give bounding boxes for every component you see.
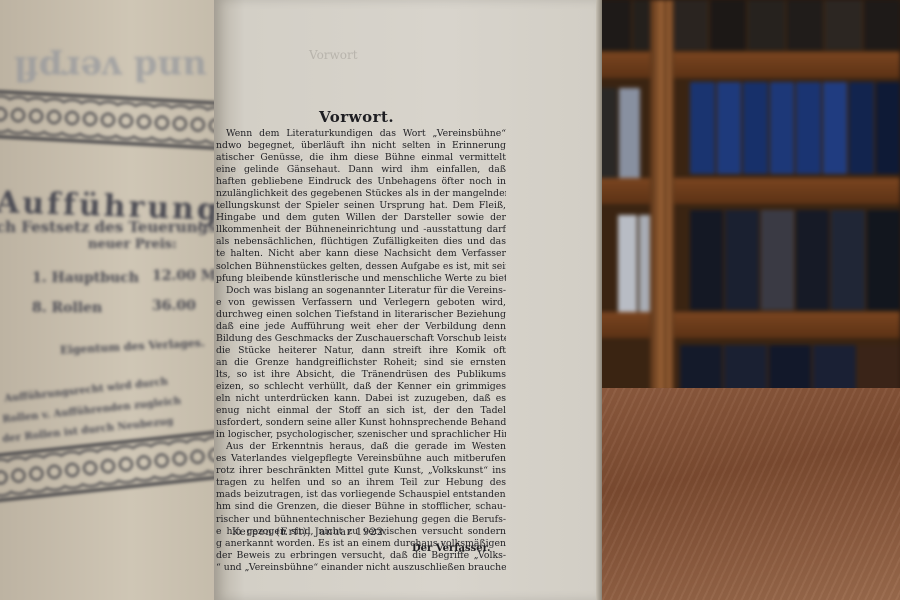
text-line: hm sind die Grenzen, die dieser Bühne in… (216, 501, 506, 513)
text-line: als nebensächlichen, flüchtigen Zufällig… (216, 236, 506, 248)
text-line: enug nicht einmal der Stoff an sich ist,… (216, 405, 506, 417)
text-line: durchweg einen solchen Tiefstand in lite… (216, 309, 506, 321)
price-row-price: 12.00 Mr (152, 268, 218, 284)
shelf-row-middle (690, 210, 900, 310)
text-line: eln nicht unterdrücken kann. Dabei ist z… (216, 393, 506, 405)
text-line: usfordert, sondern seine aller Kunst hoh… (216, 417, 506, 429)
right-page: Vorwort Vorwort. Wenn dem Literaturkundi… (214, 0, 596, 600)
text-line: tellungskunst der Spieler seinen Ursprun… (216, 200, 506, 212)
text-line: “ und „Vereinsbühne“ einander nicht ausz… (216, 562, 506, 574)
place-and-date: Kerpen (Erft), Januar 1922. (232, 527, 387, 538)
text-line: Bildung des Geschmacks der Zuschauerscha… (216, 333, 506, 345)
text-line: eine gelinde Gänsehaut. Dann wird ihm ei… (216, 164, 506, 176)
text-line: rischer und bühnentechnischer Beziehung … (216, 514, 506, 526)
left-page-mirrored-heading: und verpfl (14, 48, 207, 88)
text-line: llkommenheit der Bühneneinrichtung und -… (216, 224, 506, 236)
text-line: haften gebliebene Eindruck des Unbehagen… (216, 176, 506, 188)
left-page-subheading: ch Festsetz des Teuerungszu (0, 218, 218, 236)
text-line: te halten. Nicht aber kann diese Nachsic… (216, 248, 506, 260)
text-line: pfung bleibende künstlerische und mensch… (216, 273, 506, 285)
text-line: Doch was bislang an sogenannter Literatu… (216, 285, 506, 297)
text-line: eizen, so schlecht verhüllt, daß der Ken… (216, 381, 506, 393)
text-line: mads beizutragen, ist das vorliegende Sc… (216, 489, 506, 501)
shelf-board (594, 52, 900, 78)
text-line: an die Grenze handgreiflichster Roheit; … (216, 357, 506, 369)
shelf-board (594, 312, 900, 338)
text-line: Hingabe und dem guten Willen der Darstel… (216, 212, 506, 224)
text-line: tragen zu helfen und so an ihrem Teil zu… (216, 477, 506, 489)
text-line: e von gewissen Verfassern und Verlegern … (216, 297, 506, 309)
preface-body: Wenn dem Literaturkundigen das Wort „Ver… (216, 128, 506, 574)
text-line: solchen Bühnenstückes gelten, dessen Auf… (216, 261, 506, 273)
shelf-row-blue (690, 82, 900, 174)
left-page: und verpfl Aufführungsre ch Festsetz des… (0, 0, 218, 600)
text-line: lts, so ist ihre Absicht, die Tränendrüs… (216, 369, 506, 381)
text-line: es Vaterlandes vielgepflegte Vereinsbühn… (216, 453, 506, 465)
text-line: ndwo begegnet, überläuft ihn nicht selte… (216, 140, 506, 152)
price-row-item: 1. Hauptbuch (32, 270, 139, 286)
shelf-post (664, 0, 674, 392)
shelf-board (594, 178, 900, 204)
publisher-note: Eigentum des Verlages. (60, 336, 205, 357)
shelf-row-left-small (596, 88, 640, 180)
photo-scene: und verpfl Aufführungsre ch Festsetz des… (0, 0, 900, 600)
wooden-table (600, 388, 900, 600)
author-signature: Der Verfasser. (412, 543, 491, 554)
ornamental-border-top (0, 90, 218, 150)
left-page-price-label: neuer Preis: (88, 237, 177, 252)
text-line: Wenn dem Literaturkundigen das Wort „Ver… (216, 128, 506, 140)
text-line: daß eine jede Aufführung weit eher der V… (216, 321, 506, 333)
page-edge (596, 0, 602, 600)
page-title: Vorwort. (319, 108, 394, 126)
text-line: die Stücke heiterer Natur, dann streift … (216, 345, 506, 357)
shelf-row-bottom (680, 345, 900, 392)
text-line: rotz ihrer beschränkten Mittel gute Kuns… (216, 465, 506, 477)
text-line: nzulänglichkeit des gegebenen Stückes al… (216, 188, 506, 200)
text-line: Aus der Erkenntnis heraus, daß die gerad… (216, 441, 506, 453)
text-line: in logischer, psychologischer, szenische… (216, 429, 506, 441)
shelf-row-top (594, 0, 900, 50)
background-bookshelf (594, 0, 900, 392)
text-line: atischer Genüsse, die ihm diese Bühne ei… (216, 152, 506, 164)
bleed-through-header: Vorwort (309, 48, 358, 62)
price-row-price: 36.00 (152, 298, 196, 314)
price-row-item: 8. Rollen (32, 300, 102, 316)
